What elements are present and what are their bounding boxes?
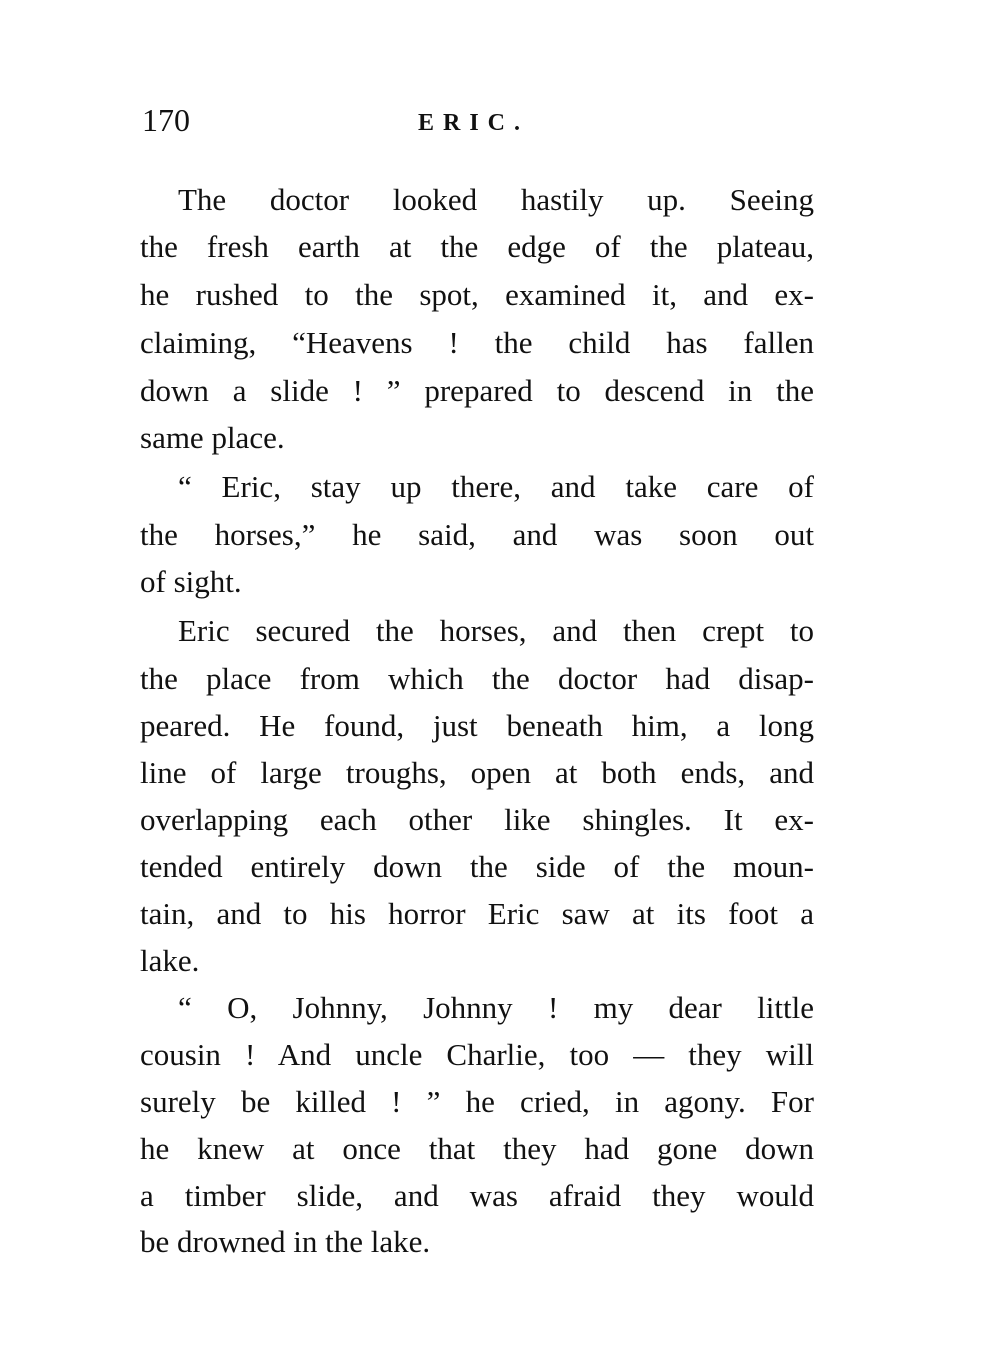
text-line: lake. bbox=[140, 941, 814, 981]
text-line: The doctor looked hastily up. Seeing bbox=[178, 180, 814, 220]
text-line: of sight. bbox=[140, 562, 814, 602]
text-line: claiming, “Heavens ! the child has falle… bbox=[140, 323, 814, 363]
text-line: cousin ! And uncle Charlie, too — they w… bbox=[140, 1035, 814, 1075]
text-line: “ Eric, stay up there, and take care of bbox=[178, 467, 814, 507]
running-title: ERIC. bbox=[418, 106, 529, 140]
text-line: Eric secured the horses, and then crept … bbox=[178, 611, 814, 651]
text-line: the place from which the doctor had disa… bbox=[140, 659, 814, 699]
text-line: the horses,” he said, and was soon out bbox=[140, 515, 814, 555]
text-line: line of large troughs, open at both ends… bbox=[140, 753, 814, 793]
text-line: overlapping each other like shingles. It… bbox=[140, 800, 814, 840]
text-line: he knew at once that they had gone down bbox=[140, 1129, 814, 1169]
text-line: tain, and to his horror Eric saw at its … bbox=[140, 894, 814, 934]
text-line: tended entirely down the side of the mou… bbox=[140, 847, 814, 887]
text-line: peared. He found, just beneath him, a lo… bbox=[140, 706, 814, 746]
text-line: a timber slide, and was afraid they woul… bbox=[140, 1176, 814, 1216]
text-line: down a slide ! ” prepared to descend in … bbox=[140, 371, 814, 411]
page-number: 170 bbox=[142, 100, 190, 140]
text-line: be drowned in the lake. bbox=[140, 1222, 814, 1262]
text-line: “ O, Johnny, Johnny ! my dear little bbox=[178, 988, 814, 1028]
text-line: same place. bbox=[140, 418, 814, 458]
text-line: the fresh earth at the edge of the plate… bbox=[140, 227, 814, 267]
text-line: surely be killed ! ” he cried, in agony.… bbox=[140, 1082, 814, 1122]
text-line: he rushed to the spot, examined it, and … bbox=[140, 275, 814, 315]
